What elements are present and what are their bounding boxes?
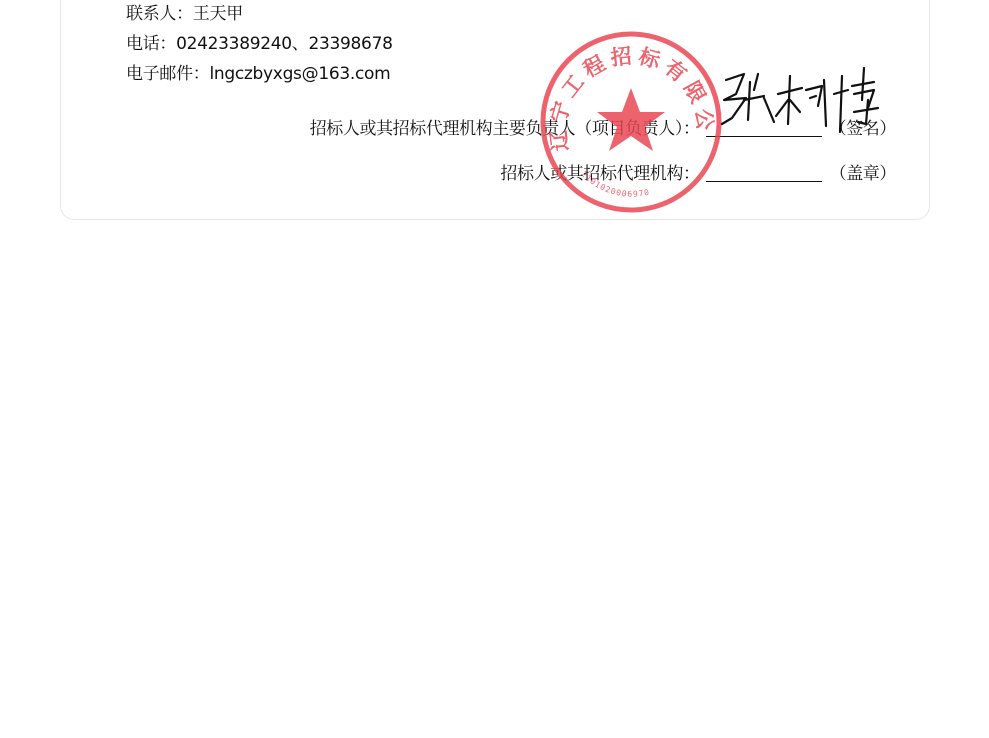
notice-card [60,0,930,220]
contact-email: 电子邮件：lngczbyxgs@163.com [126,64,390,84]
signature-blank [706,118,822,137]
seal-suffix: （盖章） [830,164,896,184]
responsible-label: 招标人或其招标代理机构主要负责人（项目负责人）： [310,119,700,139]
contact-phone: 电话：02423389240、23398678 [126,34,393,54]
agency-label: 招标人或其招标代理机构： [500,164,699,184]
agency-seal-row: 招标人或其招标代理机构： （盖章） [500,163,896,184]
seal-blank [706,163,822,182]
responsible-signature-row: 招标人或其招标代理机构主要负责人（项目负责人）： （签名） [310,118,896,139]
sign-suffix: （签名） [830,119,896,139]
contact-person: 联系人：王天甲 [126,4,243,24]
